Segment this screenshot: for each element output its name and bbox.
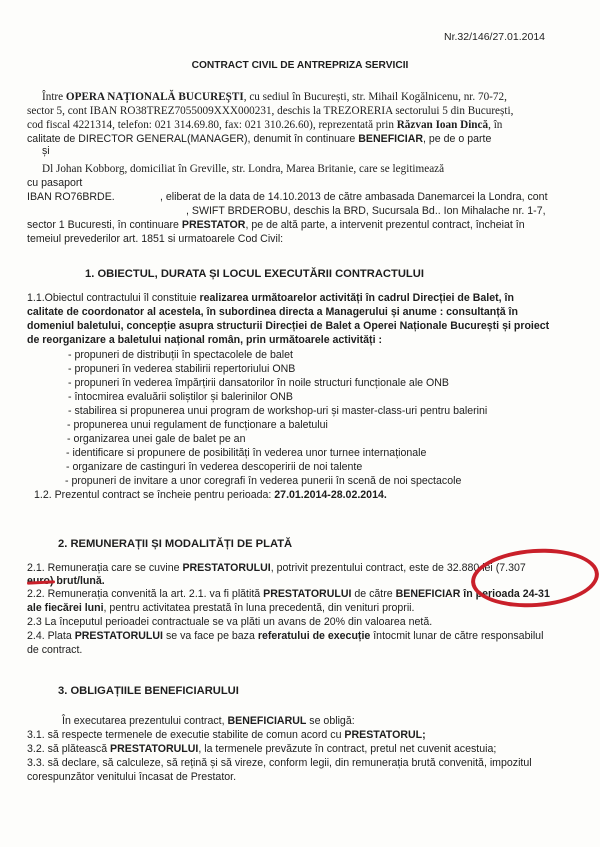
- list-item: - organizarea unei gale de balet pe an: [67, 433, 245, 445]
- clause-2-2-line-1: 2.2. Remunerația convenită la art. 2.1. …: [27, 588, 550, 600]
- clause-1-2: 1.2. Prezentul contract se încheie pentr…: [34, 489, 387, 501]
- section-3-intro: În executarea prezentului contract, BENE…: [62, 715, 355, 727]
- beneficiary-line-3: cod fiscal 4221314, telefon: 021 314.69.…: [27, 119, 502, 131]
- clause-2-3: 2.3 La începutul perioadei contractuale …: [27, 616, 432, 628]
- beneficiary-line-4: calitate de DIRECTOR GENERAL(MANAGER), d…: [27, 133, 491, 145]
- section-2-heading: 2. REMUNERAȚII ȘI MODALITĂȚI DE PLATĂ: [58, 538, 292, 550]
- list-item: - stabilirea si propunerea unui program …: [68, 405, 487, 417]
- document-title: CONTRACT CIVIL DE ANTREPRIZA SERVICII: [0, 60, 600, 71]
- provider-line-3b: , eliberat de la data de 14.10.2013 de c…: [160, 191, 548, 203]
- list-item: - organizare de castinguri în vederea de…: [66, 461, 362, 473]
- clause-3-3-line-1: 3.3. să declare, să calculeze, să rețină…: [27, 757, 532, 769]
- list-item: - propuneri de invitare a unor coregrafi…: [65, 475, 461, 487]
- list-item: - întocmirea evaluării soliștilor și bal…: [68, 391, 293, 403]
- clause-2-4-line-2: de contract.: [27, 644, 82, 656]
- list-item: - identificare si propunere de posibilit…: [66, 447, 426, 459]
- clause-2-4-line-1: 2.4. Plata PRESTATORULUI se va face pe b…: [27, 630, 543, 642]
- clause-3-2: 3.2. să plătească PRESTATORULUI, la term…: [27, 743, 496, 755]
- clause-1-1-line-1: 1.1.Obiectul contractului îl constituie …: [27, 292, 514, 304]
- provider-line-5: sector 1 Bucuresti, în continuare PRESTA…: [27, 219, 525, 231]
- beneficiary-line-2: sector 5, cont IBAN RO38TREZ7055009XXX00…: [27, 105, 513, 117]
- beneficiary-line-1: Între OPERA NAȚIONALĂ BUCUREȘTI, cu sedi…: [42, 91, 507, 103]
- clause-1-1-line-2: calitate de coordonator al acestela, în …: [27, 306, 518, 318]
- contract-period: 27.01.2014-28.02.2014.: [274, 489, 387, 501]
- list-item: - propuneri în vederea împărțirii dansat…: [68, 377, 449, 389]
- provider-line-3a: IBAN RO76BRDE.: [27, 191, 115, 203]
- clause-2-2-line-2: ale fiecărei luni, pentru activitatea pr…: [27, 602, 414, 614]
- provider-line-6: temeiul prevederilor art. 1851 si urmato…: [27, 233, 283, 245]
- clause-2-1-line-1: 2.1. Remunerația care se cuvine PRESTATO…: [27, 562, 526, 574]
- list-item: - propunerea unui regulament de funcțion…: [67, 419, 328, 431]
- contract-page: Nr.32/146/27.01.2014 CONTRACT CIVIL DE A…: [0, 0, 600, 847]
- provider-line-2: cu pasaport: [27, 177, 82, 189]
- provider-line-4: , SWIFT BRDEROBU, deschis la BRD, Sucurs…: [186, 205, 546, 217]
- provider-line-1: Dl Johan Kobborg, domiciliat în Greville…: [42, 163, 444, 175]
- section-1-heading: 1. OBIECTUL, DURATA ȘI LOCUL EXECUTĂRII …: [85, 268, 424, 280]
- conjunction: și: [42, 145, 50, 157]
- list-item: - propuneri de distribuții în spectacole…: [68, 349, 293, 361]
- beneficiary-name: OPERA NAȚIONALĂ BUCUREȘTI: [66, 91, 244, 103]
- red-circle-annotation: [469, 545, 600, 612]
- list-item: - propuneri în vederea stabilirii repert…: [68, 363, 295, 375]
- representative-name: Răzvan Ioan Dincă: [397, 119, 488, 131]
- clause-1-1-line-4: de reorganizare a baletului național rom…: [27, 334, 382, 346]
- reference-number: Nr.32/146/27.01.2014: [444, 31, 545, 43]
- clause-1-1-line-3: domeniul baletului, concepție asupra str…: [27, 320, 549, 332]
- clause-3-1: 3.1. să respecte termenele de executie s…: [27, 729, 426, 741]
- clause-3-3-line-2: corespunzător venitului încasat de Prest…: [27, 771, 236, 783]
- section-3-heading: 3. OBLIGAȚIILE BENEFICIARULUI: [58, 685, 239, 697]
